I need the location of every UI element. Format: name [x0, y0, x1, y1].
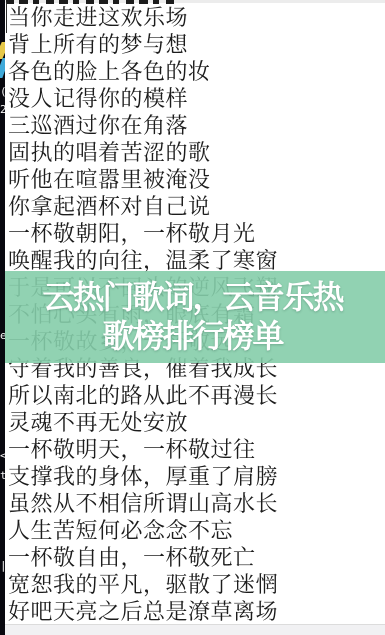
background-window-sliver: ( 2 e < t | — [0, 0, 5, 635]
icon-fragment-yellow — [0, 42, 5, 59]
lyric-line: 支撑我的身体，厚重了肩膀 — [8, 463, 385, 490]
lyric-line: 宽恕我的平凡，驱散了迷惘 — [8, 571, 385, 598]
lyric-line: 各色的脸上各色的妆 — [8, 58, 385, 85]
lyric-line: 听他在喧嚣里被淹没 — [8, 166, 385, 193]
lyric-line: 虽然从不相信所谓山高水长 — [8, 490, 385, 517]
edge-glyph: ( — [0, 86, 5, 97]
lyric-line: 好吧天亮之后总是潦草离场 — [8, 598, 385, 625]
title-banner-overlay: 云热门歌词，云音乐热 歌榜排行榜单 — [0, 271, 385, 363]
banner-title-line2: 歌榜排行榜单 — [102, 317, 282, 356]
lyric-line: 你拿起酒杯对自己说 — [8, 193, 385, 220]
lyric-line: 唤醒我的向往，温柔了寒窗 — [8, 247, 385, 274]
banner-title-line1: 云热门歌词，云音乐热 — [42, 278, 342, 317]
edge-glyph: 2 — [0, 104, 5, 115]
edge-glyph: e — [0, 330, 5, 341]
lyric-line: 当你走进这欢乐场 — [8, 4, 385, 31]
lyric-line: 没人记得你的模样 — [8, 85, 385, 112]
edge-glyph: t — [0, 470, 5, 481]
lyric-line: 所以南北的路从此不再漫长 — [8, 382, 385, 409]
icon-fragment-blue — [0, 58, 5, 78]
lyric-line: 人生苦短何必念念不忘 — [8, 517, 385, 544]
lyric-line: 一杯敬明天，一杯敬过往 — [8, 436, 385, 463]
edge-glyph: | — [0, 560, 5, 571]
lyric-line: 一杯敬自由，一杯敬死亡 — [8, 544, 385, 571]
lyric-line: 固执的唱着苦涩的歌 — [8, 139, 385, 166]
edge-glyph: < — [0, 450, 5, 461]
text-cursor — [6, 2, 7, 33]
lyric-line: 灵魂不再无处安放 — [8, 409, 385, 436]
window-bottom-edge — [0, 624, 385, 635]
lyric-line: 一杯敬朝阳，一杯敬月光 — [8, 220, 385, 247]
lyric-line: 三巡酒过你在角落 — [8, 112, 385, 139]
lyric-line: 背上所有的梦与想 — [8, 31, 385, 58]
screenshot-root: 当你走进这欢乐场 背上所有的梦与想 各色的脸上各色的妆 没人记得你的模样 三巡酒… — [0, 0, 385, 635]
